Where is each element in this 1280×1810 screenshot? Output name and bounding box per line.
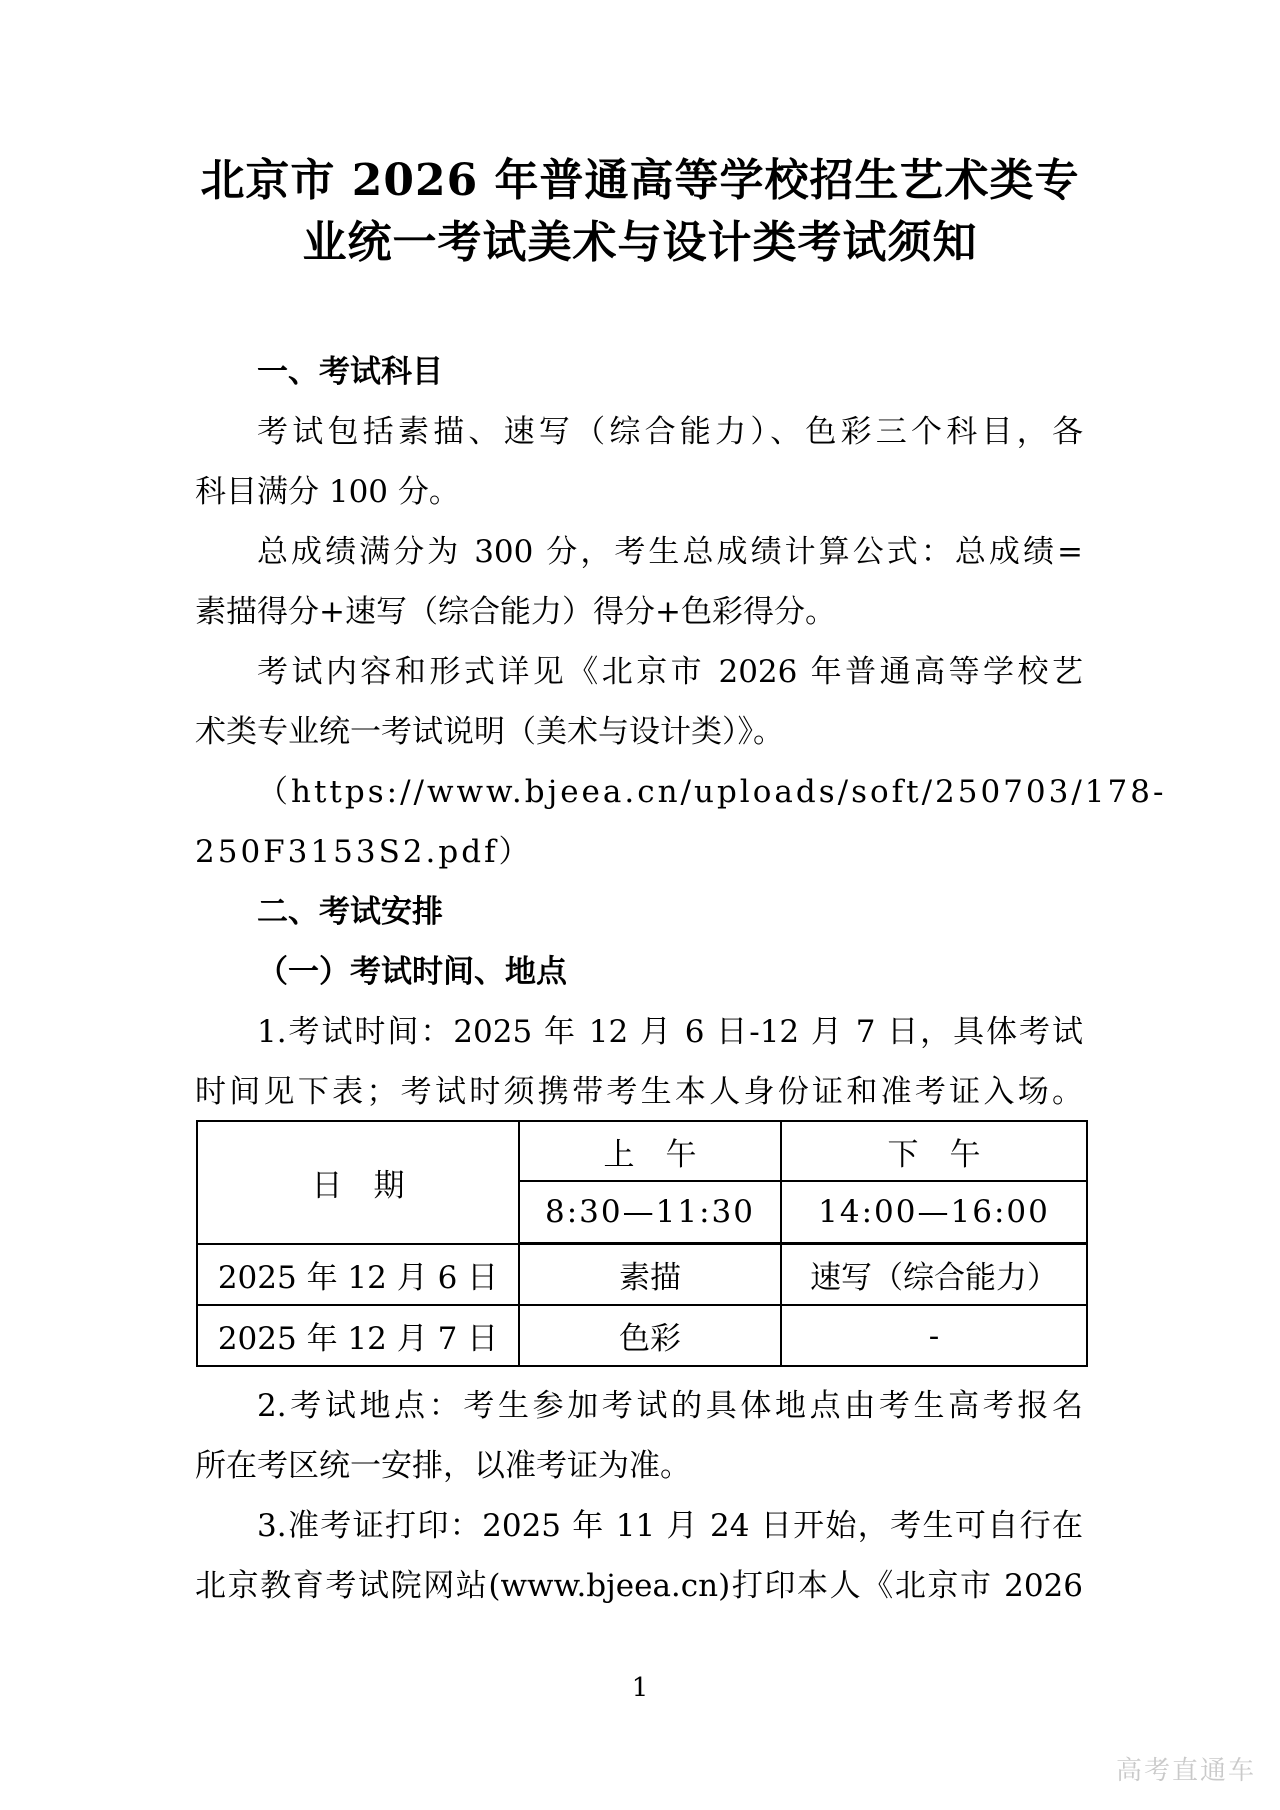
table-cell-date: 2025 年 12 月 6 日 bbox=[197, 1244, 519, 1306]
page-number: 1 bbox=[0, 1672, 1280, 1704]
body-section-2: 2.考试地点：考生参加考试的具体地点由考生高考报名 所在考区统一安排，以准考证为… bbox=[195, 1376, 1083, 1616]
table-header-morning: 上 午 bbox=[519, 1121, 781, 1181]
table-cell-morning: 色彩 bbox=[519, 1305, 781, 1366]
document-title: 北京市 2026 年普通高等学校招生艺术类专 业统一考试美术与设计类考试须知 bbox=[0, 150, 1280, 274]
table-header-afternoon-time: 14:00—16:00 bbox=[781, 1181, 1087, 1244]
body-line: 科目满分 100 分。 bbox=[195, 462, 1083, 522]
subsection-heading-time-location: （一）考试时间、地点 bbox=[195, 942, 1083, 1002]
table-cell-date: 2025 年 12 月 7 日 bbox=[197, 1305, 519, 1366]
document-title-line1: 北京市 2026 年普通高等学校招生艺术类专 bbox=[0, 150, 1280, 212]
body-line: 所在考区统一安排，以准考证为准。 bbox=[195, 1436, 1083, 1496]
table-cell-afternoon: 速写（综合能力） bbox=[781, 1244, 1087, 1306]
document-page: 北京市 2026 年普通高等学校招生艺术类专 业统一考试美术与设计类考试须知 一… bbox=[0, 0, 1280, 1810]
body-line: 2.考试地点：考生参加考试的具体地点由考生高考报名 bbox=[195, 1376, 1083, 1436]
table-header-date: 日 期 bbox=[197, 1121, 519, 1244]
body-line: 时间见下表；考试时须携带考生本人身份证和准考证入场。 bbox=[195, 1062, 1083, 1122]
section-heading-exam-arrangement: 二、考试安排 bbox=[195, 882, 1083, 942]
body-line: 考试包括素描、速写（综合能力）、色彩三个科目，各 bbox=[195, 402, 1083, 462]
table-row: 2025 年 12 月 7 日 色彩 - bbox=[197, 1305, 1087, 1366]
body-line: 考试内容和形式详见《北京市 2026 年普通高等学校艺 bbox=[195, 642, 1083, 702]
table-cell-morning: 素描 bbox=[519, 1244, 781, 1306]
document-url-line[interactable]: 250F3153S2.pdf） bbox=[195, 822, 1083, 882]
document-url-line[interactable]: （https://www.bjeea.cn/uploads/soft/25070… bbox=[195, 762, 1083, 822]
body-section-1: 一、考试科目 考试包括素描、速写（综合能力）、色彩三个科目，各 科目满分 100… bbox=[195, 342, 1083, 1122]
watermark-text: 高考直通车 bbox=[1116, 1756, 1256, 1786]
body-line: 素描得分+速写（综合能力）得分+色彩得分。 bbox=[195, 582, 1083, 642]
body-line: 1.考试时间：2025 年 12 月 6 日-12 月 7 日，具体考试 bbox=[195, 1002, 1083, 1062]
table-header-afternoon: 下 午 bbox=[781, 1121, 1087, 1181]
document-title-line2: 业统一考试美术与设计类考试须知 bbox=[0, 212, 1280, 274]
body-line: 3.准考证打印：2025 年 11 月 24 日开始，考生可自行在 bbox=[195, 1496, 1083, 1556]
body-line: 总成绩满分为 300 分，考生总成绩计算公式：总成绩= bbox=[195, 522, 1083, 582]
body-line: 术类专业统一考试说明（美术与设计类）》。 bbox=[195, 702, 1083, 762]
table-header-morning-time: 8:30—11:30 bbox=[519, 1181, 781, 1244]
table-cell-afternoon: - bbox=[781, 1305, 1087, 1366]
section-heading-exam-subjects: 一、考试科目 bbox=[195, 342, 1083, 402]
table-row: 2025 年 12 月 6 日 素描 速写（综合能力） bbox=[197, 1244, 1087, 1306]
body-line: 北京教育考试院网站(www.bjeea.cn)打印本人《北京市 2026 bbox=[195, 1556, 1083, 1616]
exam-schedule-table: 日 期 上 午 下 午 8:30—11:30 14:00—16:00 2025 … bbox=[196, 1120, 1088, 1367]
